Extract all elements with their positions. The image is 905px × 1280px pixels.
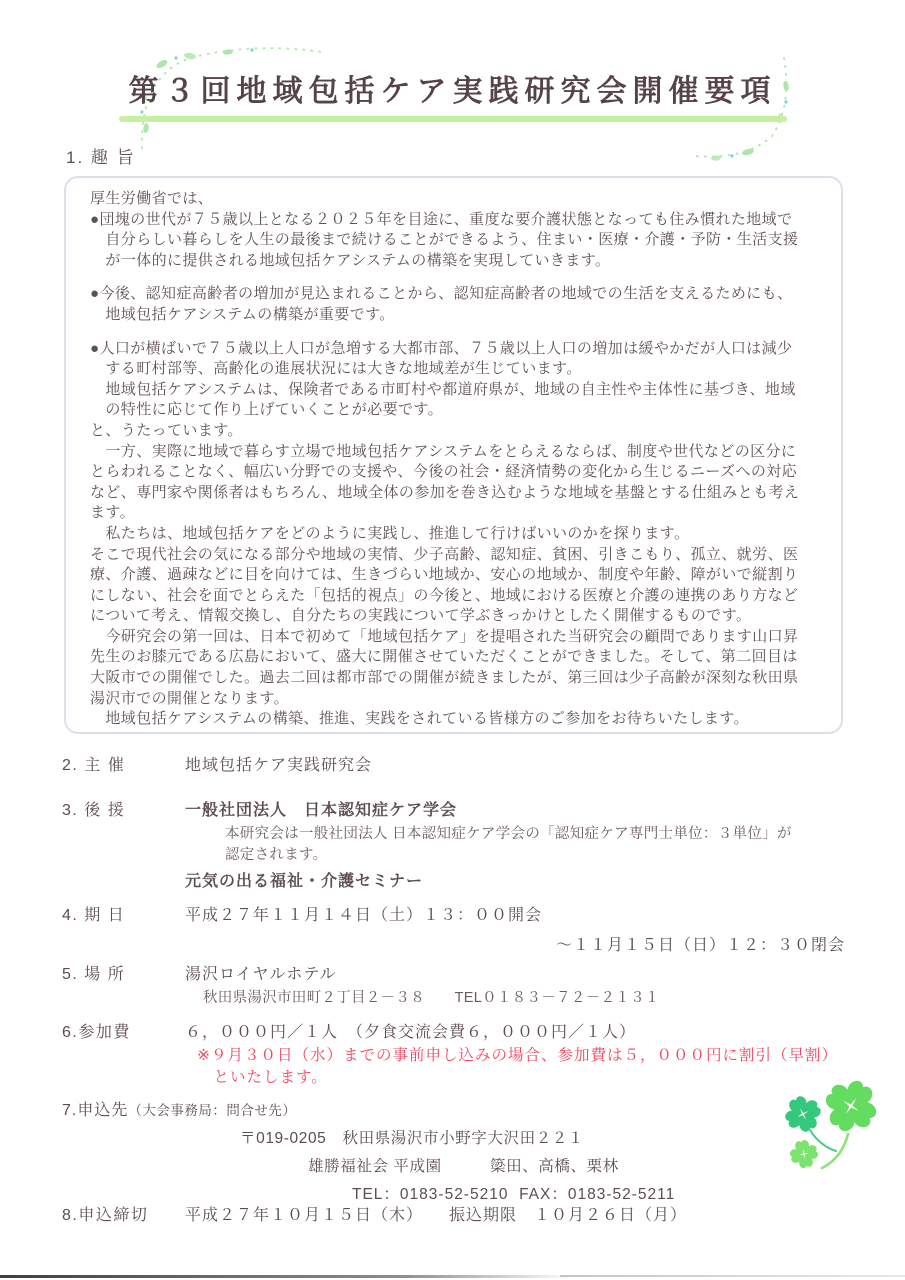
section-date: 4. 期 日 平成２７年１１月１４日（土）１３：００開会 ～１１月１５日（日）１… <box>62 902 845 955</box>
section-place: 5. 場 所 湯沢ロイヤルホテル 秋田県湯沢市田町２丁目２－３８ TEL０１８３… <box>62 961 660 1009</box>
deadline-label: 8.申込締切 <box>62 1202 185 1225</box>
host-value: 地域包括ケア実践研究会 <box>185 752 372 775</box>
place-address: 秋田県湯沢市田町２丁目２－３８ TEL０１８３－７２－２１３１ <box>203 988 660 1009</box>
purpose-line: と、うたっています。 <box>90 421 825 442</box>
purpose-line: が一体的に提供される地域包括ケアシステムの構築を実現していきます。 <box>90 251 825 272</box>
place-name: 湯沢ロイヤルホテル <box>185 961 660 984</box>
purpose-line: 大阪市での開催でした。過去二回は都市部での開催が続きましたが、第三回は少子高齢が… <box>90 668 825 689</box>
purpose-line: ます。 <box>90 503 825 524</box>
section-application: 7.申込先（大会事務局：問合せ先） 〒019-0205 秋田県湯沢市小野字大沢田… <box>62 1097 675 1204</box>
date-end: ～１１月１５日（日）１２：３０閉会 <box>185 932 845 955</box>
purpose-line: 厚生労働省では、 <box>90 189 825 210</box>
purpose-line: する町村部等、高齢化の進展状況には大きな地域差が生じています。 <box>90 359 825 380</box>
support-note: 本研究会は一般社団法人 日本認知症ケア学会の「認知症ケア専門士単位：３単位」が … <box>225 824 792 866</box>
fee-label: 6.参加費 <box>62 1019 185 1088</box>
section-purpose-heading: 1. 趣 旨 <box>66 143 136 168</box>
purpose-line: そこで現代社会の気になる部分や地域の実情、少子高齢、認知症、貧困、引きこもり、孤… <box>90 545 825 566</box>
purpose-line: 先生のお膝元である広島において、盛大に開催させていただくことができました。そして… <box>90 647 825 668</box>
purpose-line: など、専門家や関係者はもちろん、地域全体の参加を巻き込むような地域を基盤とする仕… <box>90 483 825 504</box>
application-tel-fax: TEL：0183-52-5210 FAX：0183-52-5211 <box>352 1182 675 1204</box>
page-title: 第３回地域包括ケア実践研究会開催要項 <box>115 62 791 122</box>
date-start: 平成２７年１１月１４日（土）１３：００開会 <box>185 902 845 925</box>
purpose-line <box>90 326 825 339</box>
purpose-line: 私たちは、地域包括ケアをどのように実践し、推進して行けばいいのかを探ります。 <box>90 524 825 545</box>
support-label: 3. 後 援 <box>62 797 185 891</box>
title-banner: 第３回地域包括ケア実践研究会開催要項 <box>0 62 905 122</box>
deadline-value: 平成２７年１０月１５日（木） 振込期限 １０月２６日（月） <box>185 1202 687 1225</box>
purpose-line: ●今後、認知症高齢者の増加が見込まれることから、認知症高齢者の地域での生活を支え… <box>90 284 825 305</box>
purpose-line: について考え、情報交換し、自分たちの実践について学ぶきっかけとしたく開催するもの… <box>90 606 825 627</box>
fee-value: ６，０００円／１人 （夕食交流会費６，０００円／１人） <box>185 1019 838 1042</box>
purpose-line: 地域包括ケアシステムの構築、推進、実践をされている皆様方のご参加をお待ちいたしま… <box>90 709 825 730</box>
section-fee: 6.参加費 ６，０００円／１人 （夕食交流会費６，０００円／１人） ※９月３０日… <box>62 1019 838 1088</box>
purpose-line: にしない、社会を面でとらえた「包括的視点」の今後と、地域における医療と介護の連携… <box>90 586 825 607</box>
purpose-line: 今研究会の第一回は、日本で初めて「地域包括ケア」を提唱された当研究会の顧問であり… <box>90 627 825 648</box>
purpose-line: 一方、実際に地域で暮らす立場で地域包括ケアシステムをとらえるならば、制度や世代な… <box>90 442 825 463</box>
application-org: 雄勝福祉会 平成園 簗田、高橋、栗林 <box>308 1154 675 1176</box>
purpose-line: ●団塊の世代が７５歳以上となる２０２５年を目途に、重度な要介護状態となっても住み… <box>90 210 825 231</box>
date-label: 4. 期 日 <box>62 902 185 955</box>
purpose-line: 自分らしい暮らしを人生の最後まで続けることができるよう、住まい・医療・介護・予防… <box>90 230 825 251</box>
document-page: 第３回地域包括ケア実践研究会開催要項 1. 趣 旨 厚生労働省では、●団塊の世代… <box>0 0 905 1280</box>
application-label-sub: （大会事務局：問合せ先） <box>128 1103 296 1118</box>
purpose-line: ●人口が横ばいで７５歳以上人口が急増する大都市部、７５歳以上人口の増加は緩やかだ… <box>90 339 825 360</box>
place-label: 5. 場 所 <box>62 961 185 1009</box>
section-host: 2. 主 催 地域包括ケア実践研究会 <box>62 752 372 775</box>
purpose-line: 療、介護、過疎などに目を向けては、生きづらい地域か、安心の地域か、制度や年齢、障… <box>90 565 825 586</box>
support-org: 一般社団法人 日本認知症ケア学会 <box>185 797 792 820</box>
purpose-line: 湯沢市での開催となります。 <box>90 689 825 710</box>
application-postal: 〒019-0205 秋田県湯沢市小野字大沢田２２１ <box>240 1126 675 1148</box>
fee-discount-note: ※９月３０日（水）までの事前申し込みの場合、参加費は５，０００円に割引（早割） … <box>197 1045 838 1088</box>
application-label: 7.申込先 <box>62 1102 128 1119</box>
purpose-line: とらわれることなく、幅広い分野での支援や、今後の社会・経済情勢の変化から生じるニ… <box>90 462 825 483</box>
purpose-line <box>90 271 825 284</box>
section-support: 3. 後 援 一般社団法人 日本認知症ケア学会 本研究会は一般社団法人 日本認知… <box>62 797 792 891</box>
purpose-paragraphs: 厚生労働省では、●団塊の世代が７５歳以上となる２０２５年を目途に、重度な要介護状… <box>90 189 825 730</box>
host-label: 2. 主 催 <box>62 752 185 775</box>
scan-edge-artifact-dark <box>0 1275 575 1278</box>
scan-edge-artifact-light <box>560 1275 905 1277</box>
purpose-line: の特性に応じて作り上げていくことが必要です。 <box>90 400 825 421</box>
section-deadline: 8.申込締切 平成２７年１０月１５日（木） 振込期限 １０月２６日（月） <box>62 1202 687 1225</box>
purpose-line: 地域包括ケアシステムは、保険者である市町村や都道府県が、地域の自主性や主体性に基… <box>90 380 825 401</box>
support-seminar: 元気の出る福祉・介護セミナー <box>185 868 792 891</box>
purpose-box: 厚生労働省では、●団塊の世代が７５歳以上となる２０２５年を目途に、重度な要介護状… <box>64 176 843 734</box>
purpose-line: 地域包括ケアシステムの構築が重要です。 <box>90 305 825 326</box>
